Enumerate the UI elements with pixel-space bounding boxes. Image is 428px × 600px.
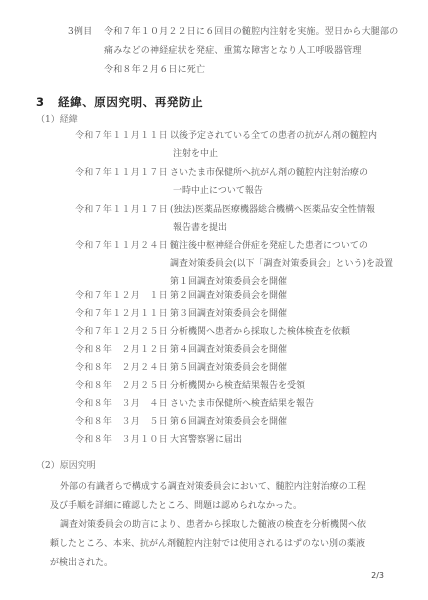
timeline-line: 第５回調査対策委員会を開催 [170, 362, 287, 380]
timeline-date: 令和７年１２月１１日 [75, 308, 168, 320]
paragraph-line: 外部の有識者らで構成する調査対策委員会において、髄腔内注射治療の工程 [50, 478, 390, 497]
timeline-line: 第３回調査対策委員会を開催 [170, 308, 287, 326]
timeline-description: 大宮警察署に届出 [170, 434, 242, 452]
timeline-line: 第２回調査対策委員会を開催 [170, 290, 287, 308]
timeline-line: さいたま市保健所へ抗がん剤の髄腔内注射治療の [170, 167, 368, 185]
timeline-line: (独法)医薬品医療機器総合機構へ医薬品安全性情報 [170, 204, 375, 222]
subsection-2-label: （2）原因究明 [36, 460, 96, 472]
timeline-description: 第５回調査対策委員会を開催 [170, 362, 287, 380]
timeline-date: 令和８年 ３月 ４日 [75, 398, 168, 410]
case3-line-1: 令和７年１０月２２日に６回目の髄腔内注射を実施。翌日から大腿部の [104, 26, 398, 38]
timeline-date: 令和７年１１月１７日 [75, 204, 168, 216]
paragraph-line: 頼したところ、本来、抗がん剤髄腔内注射では使用されるはずのない別の薬液 [50, 535, 390, 554]
timeline-date: 令和８年 ２月２４日 [75, 362, 168, 374]
timeline-description: 第６回調査対策委員会を開催 [170, 416, 287, 434]
timeline-date: 令和７年１２月２５日 [75, 326, 168, 338]
timeline-line: 報告書を提出 [170, 222, 375, 240]
page-number: 2/3 [371, 571, 384, 580]
timeline-description: 第３回調査対策委員会を開催 [170, 308, 287, 326]
timeline-line: 第４回調査対策委員会を開催 [170, 344, 287, 362]
timeline-line: 注射を中止 [170, 148, 377, 166]
document-page: 3例目 令和７年１０月２２日に６回目の髄腔内注射を実施。翌日から大腿部の 痛みな… [0, 0, 428, 600]
timeline-line: 大宮警察署に届出 [170, 434, 242, 452]
timeline-description: さいたま市保健所へ抗がん剤の髄腔内注射治療の 一時中止について報告 [170, 167, 368, 203]
paragraph-line: が検出された。 [50, 554, 390, 573]
subsection-1-label: （1）経緯 [36, 114, 78, 126]
case3-label: 3例目 [68, 26, 92, 38]
section-heading: 3経緯、原因究明、再発防止 [36, 95, 203, 109]
timeline-date: 令和７年１１月１１日 [75, 130, 168, 142]
timeline-line: 以後予定されている全ての患者の抗がん剤の髄腔内 [170, 130, 377, 148]
timeline-description: 以後予定されている全ての患者の抗がん剤の髄腔内 注射を中止 [170, 130, 377, 166]
timeline-date: 令和８年 ２月２５日 [75, 380, 168, 392]
case3-line-3: 令和８年２月６日に死亡 [104, 64, 205, 76]
timeline-description: 分析機関から検査結果報告を受領 [170, 380, 305, 398]
timeline-line: 第６回調査対策委員会を開催 [170, 416, 287, 434]
timeline-date: 令和８年 ３月１０日 [75, 434, 168, 446]
section-number: 3 [36, 95, 58, 109]
timeline-line: 一時中止について報告 [170, 185, 368, 203]
timeline-date: 令和７年１１月１７日 [75, 167, 168, 179]
timeline-description: 髄注後中枢神経合併症を発症した患者についての 調査対策委員会(以下「調査対策委員… [170, 240, 393, 294]
timeline-description: (独法)医薬品医療機器総合機構へ医薬品安全性情報 報告書を提出 [170, 204, 375, 240]
timeline-date: 令和７年１２月 １日 [75, 290, 168, 302]
paragraph-line: 調査対策委員会の助言により、患者から採取した髄液の検査を分析機関へ依 [50, 516, 390, 535]
timeline-line: 分析機関へ患者から採取した検体検査を依頼 [170, 326, 350, 344]
timeline-line: 調査対策委員会(以下「調査対策委員会」という)を設置 [170, 258, 393, 276]
timeline-date: 令和８年 ２月１２日 [75, 344, 168, 356]
timeline-line: 分析機関から検査結果報告を受領 [170, 380, 305, 398]
timeline-date: 令和８年 ３月 ５日 [75, 416, 168, 428]
timeline-date: 令和７年１１月２４日 [75, 240, 168, 252]
section-title: 経緯、原因究明、再発防止 [58, 95, 203, 109]
timeline-description: 第４回調査対策委員会を開催 [170, 344, 287, 362]
timeline-description: さいたま市保健所へ検査結果を報告 [170, 398, 314, 416]
timeline-line: さいたま市保健所へ検査結果を報告 [170, 398, 314, 416]
cause-paragraph-1: 外部の有識者らで構成する調査対策委員会において、髄腔内注射治療の工程 及び手順を… [50, 478, 390, 516]
cause-paragraph-2: 調査対策委員会の助言により、患者から採取した髄液の検査を分析機関へ依 頼したとこ… [50, 516, 390, 573]
case3-line-2: 痛みなどの神経症状を発症、重篤な障害となり人工呼吸器管理 [104, 45, 362, 57]
timeline-description: 第２回調査対策委員会を開催 [170, 290, 287, 308]
paragraph-line: 及び手順を詳細に確認したところ、問題は認められなかった。 [50, 497, 390, 516]
timeline-description: 分析機関へ患者から採取した検体検査を依頼 [170, 326, 350, 344]
timeline-line: 髄注後中枢神経合併症を発症した患者についての [170, 240, 393, 258]
